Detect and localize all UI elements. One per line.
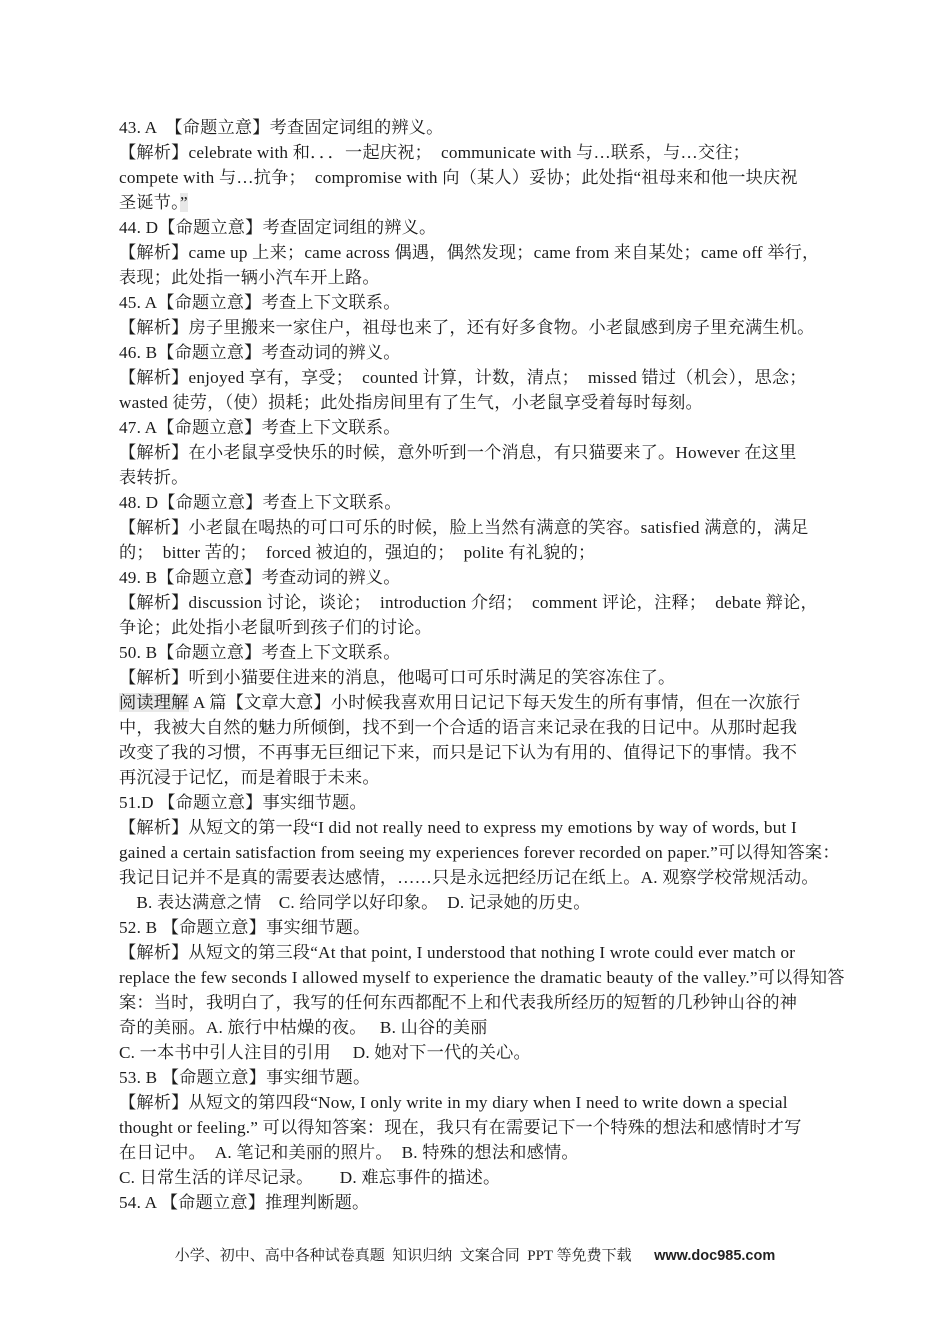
text-line: 53. B 【命题立意】事实细节题。 bbox=[119, 1065, 909, 1090]
text-line: 我记日记并不是真的需要表达感情，……只是永远把经历记在纸上。A. 观察学校常规活… bbox=[119, 865, 909, 890]
text-line: 奇的美丽。A. 旅行中枯燥的夜。 B. 山谷的美丽 bbox=[119, 1015, 909, 1040]
highlighted-section-label: 阅读理解 bbox=[119, 693, 189, 712]
text-line: 44. D【命题立意】考查固定词组的辨义。 bbox=[119, 215, 909, 240]
text-line: 争论；此处指小老鼠听到孩子们的讨论。 bbox=[119, 615, 909, 640]
text-segment: A 篇【文章大意】小时候我喜欢用日记记下每天发生的所有事情，但在一次旅行 bbox=[189, 693, 801, 712]
text-line: 再沉浸于记忆，而是着眼于未来。 bbox=[119, 765, 909, 790]
text-line: 【解析】小老鼠在喝热的可口可乐的时候，脸上当然有满意的笑容。satisfied … bbox=[119, 515, 909, 540]
text-line: 的； bitter 苦的； forced 被迫的，强迫的； polite 有礼貌… bbox=[119, 540, 909, 565]
text-line: gained a certain satisfaction from seein… bbox=[119, 840, 909, 865]
footer-url: www.doc985.com bbox=[654, 1248, 775, 1264]
text-line: 中，我被大自然的魅力所倾倒，找不到一个合适的语言来记录在我的日记中。从那时起我 bbox=[119, 715, 909, 740]
text-line: wasted 徒劳，（使）损耗；此处指房间里有了生气，小老鼠享受着每时每刻。 bbox=[119, 390, 909, 415]
text-line: 【解析】came up 上来；came across 偶遇，偶然发现；came … bbox=[119, 240, 909, 265]
text-line: 【解析】celebrate with 和．．．一起庆祝； communicate… bbox=[119, 140, 909, 165]
text-line: replace the few seconds I allowed myself… bbox=[119, 965, 909, 990]
document-page: 43. A 【命题立意】考查固定词组的辨义。 【解析】celebrate wit… bbox=[0, 0, 950, 1344]
footer-note: 小学、初中、高中各种试卷真题 知识归纳 文案合同 PPT 等免费下载 bbox=[175, 1248, 632, 1264]
text-line: 【解析】听到小猫要住进来的消息，他喝可口可乐时满足的笑容冻住了。 bbox=[119, 665, 909, 690]
text-line: 【解析】discussion 讨论，谈论； introduction 介绍； c… bbox=[119, 590, 909, 615]
text-segment: 圣诞节。 bbox=[119, 193, 180, 212]
text-line: 表现；此处指一辆小汽车开上路。 bbox=[119, 265, 909, 290]
text-line: 43. A 【命题立意】考查固定词组的辨义。 bbox=[119, 115, 909, 140]
text-line: 案：当时，我明白了，我写的任何东西都配不上和代表我所经历的短暂的几秒钟山谷的神 bbox=[119, 990, 909, 1015]
text-line: 表转折。 bbox=[119, 465, 909, 490]
text-line: thought or feeling.” 可以得知答案：现在，我只有在需要记下一… bbox=[119, 1115, 909, 1140]
text-line: 51.D 【命题立意】事实细节题。 bbox=[119, 790, 909, 815]
text-line: 45. A【命题立意】考查上下文联系。 bbox=[119, 290, 909, 315]
text-line: 【解析】在小老鼠享受快乐的时候，意外听到一个消息，有只猫要来了。However … bbox=[119, 440, 909, 465]
text-line: 50. B【命题立意】考查上下文联系。 bbox=[119, 640, 909, 665]
text-line: 在日记中。 A. 笔记和美丽的照片。 B. 特殊的想法和感情。 bbox=[119, 1140, 909, 1165]
text-line: compete with 与…抗争； compromise with 向（某人）… bbox=[119, 165, 909, 190]
text-line: 【解析】从短文的第三段“At that point, I understood … bbox=[119, 940, 909, 965]
text-line: 阅读理解 A 篇【文章大意】小时候我喜欢用日记记下每天发生的所有事情，但在一次旅… bbox=[119, 690, 909, 715]
text-line: 【解析】房子里搬来一家住户，祖母也来了，还有好多食物。小老鼠感到房子里充满生机。 bbox=[119, 315, 909, 340]
text-line: C. 一本书中引人注目的引用 D. 她对下一代的关心。 bbox=[119, 1040, 909, 1065]
text-line: 52. B 【命题立意】事实细节题。 bbox=[119, 915, 909, 940]
text-line: 圣诞节。” bbox=[119, 190, 909, 215]
text-line: 【解析】从短文的第一段“I did not really need to exp… bbox=[119, 815, 909, 840]
text-line: 改变了我的习惯，不再事无巨细记下来，而只是记下认为有用的、值得记下的事情。我不 bbox=[119, 740, 909, 765]
text-line: 48. D【命题立意】考查上下文联系。 bbox=[119, 490, 909, 515]
text-line: 46. B【命题立意】考查动词的辨义。 bbox=[119, 340, 909, 365]
text-line: 【解析】从短文的第四段“Now, I only write in my diar… bbox=[119, 1090, 909, 1115]
text-line: 47. A【命题立意】考查上下文联系。 bbox=[119, 415, 909, 440]
text-line: B. 表达满意之情 C. 给同学以好印象。 D. 记录她的历史。 bbox=[119, 890, 909, 915]
text-line: 【解析】enjoyed 享有，享受； counted 计算，计数，清点； mis… bbox=[119, 365, 909, 390]
answer-key-text: 43. A 【命题立意】考查固定词组的辨义。 【解析】celebrate wit… bbox=[119, 115, 909, 1215]
highlighted-quote-mark: ” bbox=[180, 193, 188, 212]
text-line: 49. B【命题立意】考查动词的辨义。 bbox=[119, 565, 909, 590]
footer: 小学、初中、高中各种试卷真题 知识归纳 文案合同 PPT 等免费下载 www.d… bbox=[0, 1246, 950, 1266]
text-line: 54. A 【命题立意】推理判断题。 bbox=[119, 1190, 909, 1215]
footer-gap bbox=[632, 1248, 655, 1264]
text-line: C. 日常生活的详尽记录。 D. 难忘事件的描述。 bbox=[119, 1165, 909, 1190]
